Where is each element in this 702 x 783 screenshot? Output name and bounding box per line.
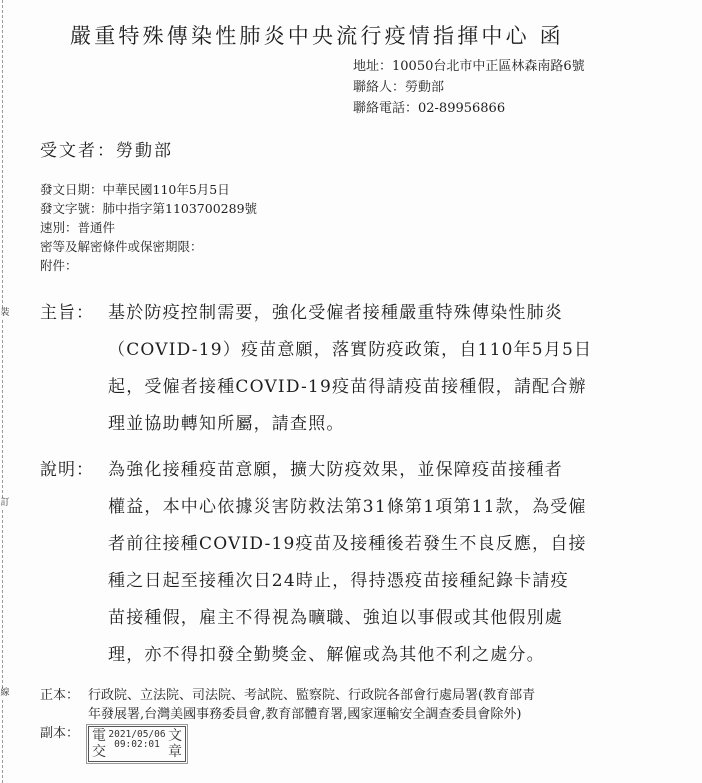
explanation-line: 理，亦不得扣發全勤獎金、解僱或為其他不利之處分。 [108, 637, 653, 674]
explanation-body: 為強化接種疫苗意願，擴大防疫效果，並保障疫苗接種者 權益，本中心依據災害防救法第… [108, 452, 653, 674]
explanation-label: 說明： [40, 452, 108, 489]
stamp-char: 文 [168, 729, 182, 743]
address: 地址：10050台北市中正區林森南路6號 [353, 56, 585, 77]
subject-section: 主旨： 基於防疫控制需要，強化受僱者接種嚴重特殊傳染性肺炎 （COVID-19）… [40, 295, 653, 443]
stamp-char: 章 [168, 745, 182, 759]
distribution-section: 正本： 行政院、立法院、司法院、考試院、監察院、行政院各部會行處局署(教育部青 … [40, 686, 535, 768]
subject-body: 基於防疫控制需要，強化受僱者接種嚴重特殊傳染性肺炎 （COVID-19）疫苗意願… [108, 295, 653, 443]
subject-line: 基於防疫控制需要，強化受僱者接種嚴重特殊傳染性肺炎 [108, 295, 653, 332]
original-recipients: 行政院、立法院、司法院、考試院、監察院、行政院各部會行處局署(教育部青 年發展署… [88, 686, 535, 724]
stamp-char: 電 [92, 729, 106, 743]
explanation-section: 說明： 為強化接種疫苗意願，擴大防疫效果，並保障疫苗接種者 權益，本中心依據災害… [40, 452, 653, 674]
subject-label: 主旨： [40, 295, 108, 332]
recipient: 受文者：勞動部 [40, 136, 173, 161]
stamp-char: 交 [92, 745, 106, 759]
contact-person: 聯絡人：勞動部 [353, 77, 585, 98]
explanation-line: 種之日起至接種次日24時止，得持憑疫苗接種紀錄卡請疫 [108, 563, 653, 600]
subject-line: （COVID-19）疫苗意願，落實防疫政策，自110年5月5日 [108, 332, 653, 369]
stamp-time: 09:02:01 [106, 740, 168, 750]
explanation-line: 者前往接種COVID-19疫苗及接種後若發生不良反應，自接 [108, 526, 653, 563]
contact-block: 地址：10050台北市中正區林森南路6號 聯絡人：勞動部 聯絡電話：02-899… [353, 56, 585, 119]
binding-line [2, 0, 3, 783]
contact-phone: 聯絡電話：02-89956866 [353, 98, 585, 119]
subject-line: 理並協助轉知所屬，請查照。 [108, 406, 653, 443]
binding-mark-ding: 訂 [0, 498, 10, 508]
doc-number: 發文字號：肺中指字第1103700289號 [40, 199, 257, 218]
attachments: 附件： [40, 256, 257, 275]
explanation-line: 苗接種假，雇主不得視為曠職、強迫以事假或其他假別處 [108, 600, 653, 637]
original-recipients-line: 行政院、立法院、司法院、考試院、監察院、行政院各部會行處局署(教育部青 [88, 686, 535, 705]
speed-class: 速別：普通件 [40, 218, 257, 237]
document-title: 嚴重特殊傳染性肺炎中央流行疫情指揮中心 函 [70, 20, 630, 50]
binding-mark-xian: 線 [0, 688, 10, 698]
issue-date: 發文日期：中華民國110年5月5日 [40, 180, 257, 199]
document-meta: 發文日期：中華民國110年5月5日 發文字號：肺中指字第1103700289號 … [40, 180, 257, 275]
explanation-line: 為強化接種疫苗意願，擴大防疫效果，並保障疫苗接種者 [108, 452, 653, 489]
electronic-exchange-stamp: 電 交 文 章 2021/05/06 09:02:01 [88, 726, 186, 762]
subject-line: 起，受僱者接種COVID-19疫苗得請疫苗接種假，請配合辦 [108, 369, 653, 406]
binding-mark-zhuang: 裝 [0, 308, 10, 318]
confidentiality: 密等及解密條件或保密期限： [40, 237, 257, 256]
original-recipients-label: 正本： [40, 686, 88, 724]
original-recipients-line: 年發展署,台灣美國事務委員會,教育部體育署,國家運輸安全調查委員會除外) [88, 705, 535, 724]
stamp-datetime: 2021/05/06 09:02:01 [106, 730, 168, 750]
copy-recipients-label: 副本： [40, 724, 88, 768]
explanation-line: 權益，本中心依據災害防救法第31條第1項第11款，為受僱 [108, 489, 653, 526]
